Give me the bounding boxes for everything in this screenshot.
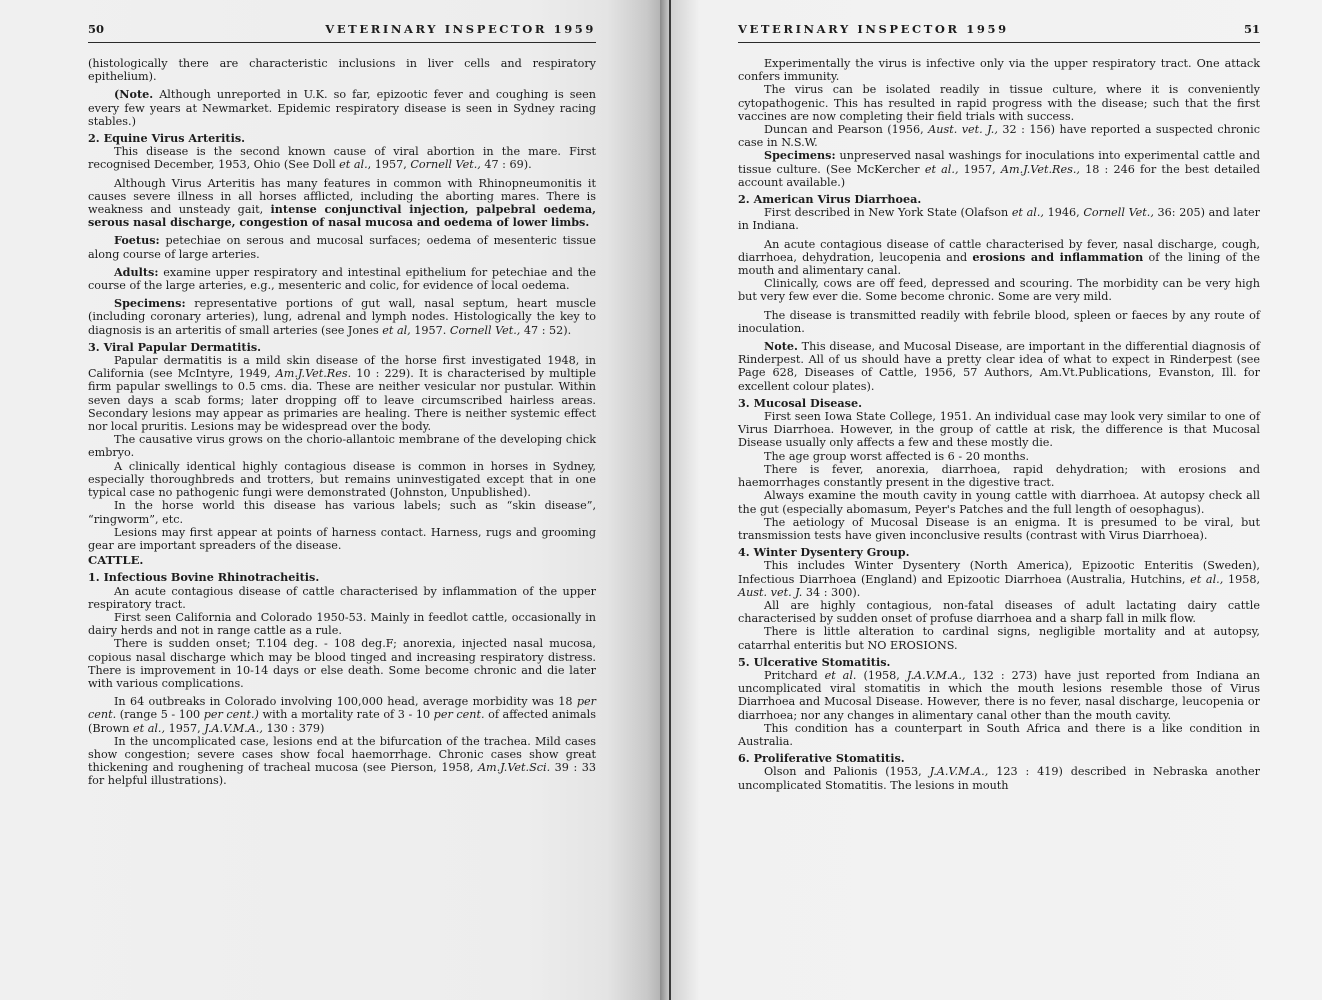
paragraph: Adults: examine upper respiratory and in… [88,266,596,292]
paragraph: The age group worst affected is 6 - 20 m… [738,450,1260,463]
paragraph: In 64 outbreaks in Colorado involving 10… [88,695,596,735]
paragraph: Clinically, cows are off feed, depressed… [738,277,1260,303]
paragraph: Specimens: unpreserved nasal washings fo… [738,149,1260,189]
paragraph: This includes Winter Dysentery (North Am… [738,559,1260,599]
paragraph: The virus can be isolated readily in tis… [738,83,1260,123]
paragraph: An acute contagious disease of cattle ch… [88,585,596,611]
paragraph: First seen Iowa State College, 1951. An … [738,410,1260,450]
paragraph: There is fever, anorexia, diarrhoea, rap… [738,463,1260,489]
paragraph: There is sudden onset; T.104 deg. - 108 … [88,637,596,690]
paragraph: All are highly contagious, non-fatal dis… [738,599,1260,625]
paragraph: Pritchard et al. (1958, J.A.V.M.A., 132 … [738,669,1260,722]
paragraph: Foetus: petechiae on serous and mucosal … [88,234,596,260]
paragraph: A clinically identical highly contagious… [88,460,596,500]
subsection-heading: 5. Ulcerative Stomatitis. [738,656,1260,669]
paragraph: In the horse world this disease has vari… [88,499,596,525]
right-page: VETERINARY INSPECTOR 1959 51 Experimenta… [660,0,1322,1000]
subsection-heading: 3. Viral Papular Dermatitis. [88,341,596,354]
page-number: 50 [88,22,104,36]
journal-title: VETERINARY INSPECTOR 1959 [738,22,1009,36]
left-page-body: (histologically there are characteristic… [88,57,596,788]
running-head-right: VETERINARY INSPECTOR 1959 51 [738,22,1260,43]
subsection-heading: 2. Equine Virus Arteritis. [88,132,596,145]
subsection-heading: 1. Infectious Bovine Rhinotracheitis. [88,571,596,584]
paragraph: Note. This disease, and Mucosal Disease,… [738,340,1260,393]
paragraph: The aetiology of Mucosal Disease is an e… [738,516,1260,542]
paragraph: Papular dermatitis is a mild skin diseas… [88,354,596,433]
running-head-left: 50 VETERINARY INSPECTOR 1959 [88,22,596,43]
paragraph: The causative virus grows on the chorio-… [88,433,596,459]
paragraph: (histologically there are characteristic… [88,57,596,83]
paragraph: Although Virus Arteritis has many featur… [88,177,596,230]
left-page: 50 VETERINARY INSPECTOR 1959 (histologic… [0,0,660,1000]
paragraph: In the uncomplicated case, lesions end a… [88,735,596,788]
journal-title: VETERINARY INSPECTOR 1959 [325,22,596,36]
paragraph: This condition has a counterpart in Sout… [738,722,1260,748]
book-gutter [669,0,671,1000]
paragraph: The disease is transmitted readily with … [738,309,1260,335]
paragraph: Experimentally the virus is infective on… [738,57,1260,83]
paragraph: Lesions may first appear at points of ha… [88,526,596,552]
subsection-heading: 2. American Virus Diarrhoea. [738,193,1260,206]
subsection-heading: 3. Mucosal Disease. [738,397,1260,410]
paragraph: Duncan and Pearson (1956, Aust. vet. J.,… [738,123,1260,149]
paragraph: Always examine the mouth cavity in young… [738,489,1260,515]
paragraph: There is little alteration to cardinal s… [738,625,1260,651]
paragraph: (Note. Although unreported in U.K. so fa… [88,88,596,128]
paragraph: Specimens: representative portions of gu… [88,297,596,337]
subsection-heading: 4. Winter Dysentery Group. [738,546,1260,559]
paragraph: An acute contagious disease of cattle ch… [738,238,1260,278]
book-spread: 50 VETERINARY INSPECTOR 1959 (histologic… [0,0,1322,1000]
subsection-heading: 6. Proliferative Stomatitis. [738,752,1260,765]
paragraph: Olson and Palionis (1953, J.A.V.M.A., 12… [738,765,1260,791]
page-number: 51 [1244,22,1260,36]
paragraph: First seen California and Colorado 1950-… [88,611,596,637]
paragraph: First described in New York State (Olafs… [738,206,1260,232]
right-page-body: Experimentally the virus is infective on… [738,57,1260,792]
paragraph: This disease is the second known cause o… [88,145,596,171]
section-heading: CATTLE. [88,554,596,567]
